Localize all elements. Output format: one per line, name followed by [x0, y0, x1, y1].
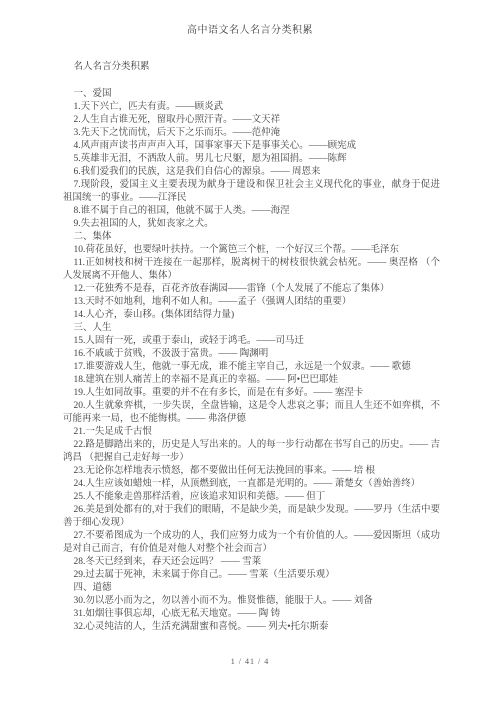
document-page: 高中语文名人名言分类积累 名人名言分类积累 一、爱国1.天下兴亡，匹夫有责。——…: [0, 0, 500, 708]
section-heading: 三、人生: [63, 322, 440, 335]
quote-line: 9.失去祖国的人，犹如丧家之犬。: [63, 218, 440, 231]
quote-line: 29.过去属于死神，未来属于你自己。—— 雪莱（生活要乐观）: [63, 569, 440, 582]
section-heading: 二、集体: [63, 231, 440, 244]
section-heading: 一、爱国: [63, 88, 440, 101]
quote-line: 17.谁要游戏人生，他就一事无成，谁不能主宰自己，永远是一个奴隶。—— 歌德: [63, 361, 440, 374]
quote-line: 25.人不能象走兽那样活着，应该追求知识和美德。—— 但丁: [63, 491, 440, 504]
quote-line: 1.天下兴亡，匹夫有责。——顾炎武: [63, 101, 440, 114]
quote-line: 22.路是脚踏出来的，历史是人写出来的。人的每一步行动都在书写自己的历史。—— …: [63, 439, 440, 465]
quote-line: 31.如烟往事俱忘却，心底无私天地宽。—— 陶 铸: [63, 608, 440, 621]
document-title: 高中语文名人名言分类积累: [0, 0, 500, 37]
quote-line: 10.荷花虽好，也要绿叶扶持。一个篱笆三个桩，一个好汉三个帮。——毛泽东: [63, 244, 440, 257]
section-heading: 四、道德: [63, 582, 440, 595]
quote-line: 6.我们爱我们的民族，这是我们自信心的源泉。—— 周恩来: [63, 166, 440, 179]
quote-line: 12.一花独秀不是春，百花齐放春满园——雷锋（个人发展了不能忘了集体）: [63, 283, 440, 296]
quote-line: 14.人心齐，泰山移。(集体团结得力量): [63, 309, 440, 322]
page-number: 1 / 41 / 4: [0, 657, 500, 666]
quote-line: 11.正如树枝和树干连接在一起那样，脱离树干的树枝很快就会枯死。—— 奥涅格 （…: [63, 257, 440, 283]
quote-line: 32.心灵纯洁的人，生活充满甜蜜和喜悦。—— 列夫•托尔斯泰: [63, 621, 440, 634]
quote-line: 13.天时不如地利，地利不如人和。——孟子（强调人团结的重要）: [63, 296, 440, 309]
quote-line: 15.人固有一死，或重于泰山，或轻于鸿毛。——司马迁: [63, 335, 440, 348]
quote-line: 27.不要希图成为一个成功的人，我们应努力成为一个有价值的人。——爱因斯坦（成功…: [63, 530, 440, 556]
document-subtitle: 名人名言分类积累: [63, 61, 437, 74]
quote-line: 20.人生就象弈棋，一步失误，全盘皆输，这是令人悲哀之事；而且人生还不如弈棋，不…: [63, 400, 440, 426]
quote-line: 24.人生应该如蜡烛一样，从顶燃到底，一直都是光明的。—— 萧楚女（善始善终）: [63, 478, 440, 491]
quote-line: 7.现阶段，爱国主义主要表现为献身于建设和保卫社会主义现代化的事业，献身于促进祖…: [63, 179, 440, 205]
quote-line: 3.先天下之忧而忧，后天下之乐而乐。——范仲淹: [63, 127, 440, 140]
quote-line: 18.建筑在别人痛苦上的幸福不是真正的幸福。—— 阿•巴巴耶娃: [63, 374, 440, 387]
quote-line: 2.人生自古谁无死，留取丹心照汗青。——文天祥: [63, 114, 440, 127]
quote-line: 19.人生如同故事。重要的并不在有多长，而是在有多好。—— 塞涅卡: [63, 387, 440, 400]
quote-line: 28.冬天已经到来，春天还会远吗？ —— 雪莱: [63, 556, 440, 569]
quote-line: 30.勿以恶小而为之，勿以善小而不为。惟贤惟德，能服于人。—— 刘备: [63, 595, 440, 608]
quote-line: 4.风声雨声读书声声声入耳，国事家事天下是事事关心。——顾宪成: [63, 140, 440, 153]
document-body: 一、爱国1.天下兴亡，匹夫有责。——顾炎武2.人生自古谁无死，留取丹心照汗青。—…: [63, 88, 440, 634]
quote-line: 16.不戚戚于贫贱，不汲汲于富贵。—— 陶渊明: [63, 348, 440, 361]
quote-line: 8.谁不属于自己的祖国，他就不属于人类。——海涅: [63, 205, 440, 218]
quote-line: 5.英雄非无泪，不洒敌人前。男儿七尺躯，愿为祖国捐。——陈辉: [63, 153, 440, 166]
quote-line: 23.无论你怎样地表示愤怒，都不要做出任何无法挽回的事来。—— 培 根: [63, 465, 440, 478]
quote-line: 26.美是到处都有的,对于我们的眼睛，不是缺少美，而是缺少发现。——罗丹（生活中…: [63, 504, 440, 530]
quote-line: 21.一失足成千古恨: [63, 426, 440, 439]
